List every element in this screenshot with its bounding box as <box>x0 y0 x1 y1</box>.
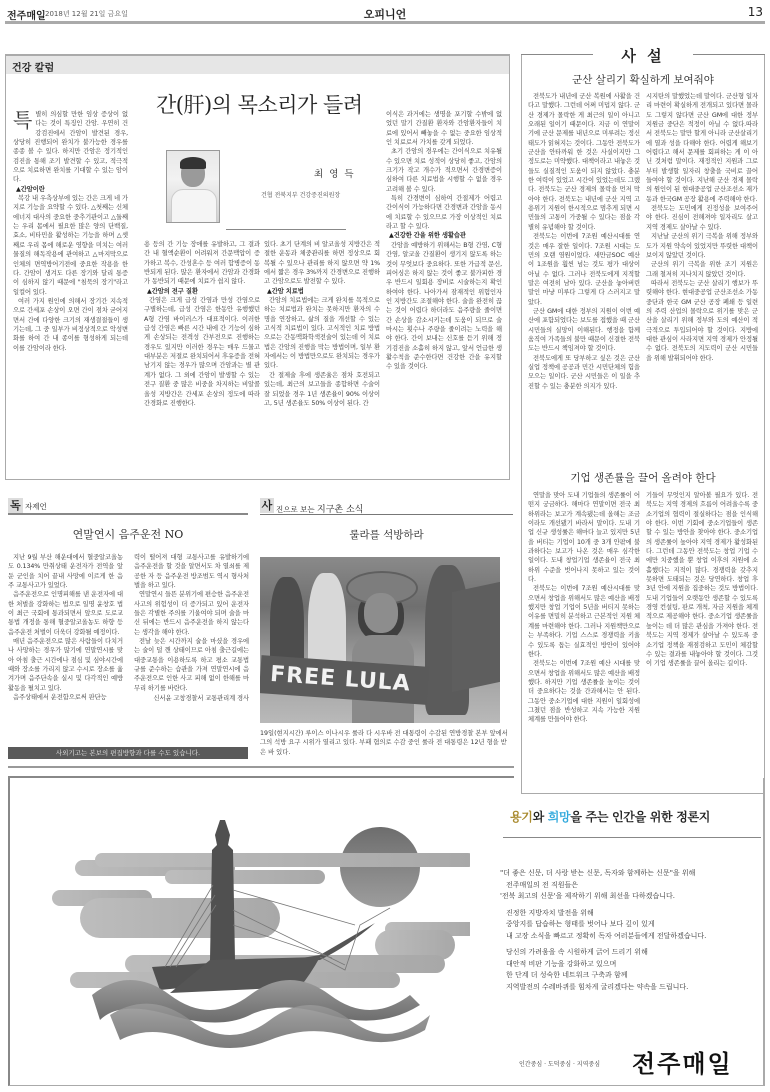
health-column-label: 건강 칼럼 <box>12 59 54 74</box>
pledge-text: "더 좋은 신문, 더 사랑 받는 신문, 독자와 함께하는 신문"을 위해 전… <box>500 868 762 998</box>
byline: 신서윤 고창경찰서 교통관리계 경사 <box>134 694 249 703</box>
health-col-4: 이식은 과거에는 생명을 포기할 수밖에 없었던 말기 간질환 환자와 간암환자… <box>386 110 502 372</box>
reader-article-title: 연말연시 음주운전 NO <box>8 526 248 542</box>
drop-cap: 특 <box>13 111 32 130</box>
author-name: 최 영 득 <box>314 166 355 180</box>
header-label: 자제언 <box>25 501 47 512</box>
news-photo: FREE LULA <box>260 557 500 723</box>
masthead-rule <box>5 21 765 24</box>
protest-flag <box>452 582 500 692</box>
page-number: 13 <box>748 5 763 19</box>
subheading: ▲건강한 간을 위한 생활습관 <box>386 231 502 240</box>
reader-col-2: 력이 떨어져 대형 교통사고를 유발하기에 음주운전을 할 것을 알면서도 차 … <box>134 553 249 704</box>
pen-ship-illustration <box>30 815 470 1055</box>
health-article-title: 간(肝)의 목소리가 들려 <box>156 89 363 119</box>
pledge-group: "더 좋은 신문, 더 사랑 받는 신문, 독자와 함께하는 신문"을 위해 전… <box>500 868 762 903</box>
author-photo <box>166 150 220 223</box>
editorial-2-col-2: 기들이 무엇인지 알아볼 필요가 있다. 전북도는 지역 경제의 흐름이 어려울… <box>646 491 758 669</box>
health-col-1: 특 별히 의심할 만한 임상 증상이 없다는 것이 특징인 간암. 우연히 건강… <box>13 110 128 353</box>
header-cap: 독 <box>8 498 23 513</box>
disclaimer-bar: 사외기고는 본보의 편집방향과 다를 수도 있습니다. <box>8 747 248 759</box>
editorial-1-col-2: 시지탄의 말했었는데 말이다. 군산형 일자리 마련이 확실하게 전개되고 있다… <box>646 92 758 363</box>
author-role: 건협 전북지부 건강증진의원장 <box>261 190 340 199</box>
editorial-title-1: 군산 살리기 확실하게 보여줘야 <box>522 72 764 87</box>
subheading: ▲간암의 전구 질환 <box>144 287 260 296</box>
health-col-3: 있다. 초기 단계의 비 알코올성 지방간은 적절한 운동과 체중관리를 하면 … <box>264 240 380 408</box>
photo-news-header: 사 진으로 보는 지구촌 소식 <box>260 498 513 515</box>
reader-col-1: 지난 9월 부산 해운대에서 혈중알코올농도 0.134% 만취상태 운전자가 … <box>8 553 123 703</box>
reader-column-header: 독 자제언 <box>8 498 248 515</box>
pledge-group: 진정한 지방자치 발전을 위해 중앙지를 답습하는 형태를 벗어나 보다 깊이 … <box>500 908 762 943</box>
health-column-header: 건강 칼럼 <box>6 54 509 74</box>
header-cap: 사 <box>260 498 274 513</box>
newspaper-logo: 전주매일 <box>632 1044 733 1079</box>
photo-news-title: 룰라를 석방하라 <box>260 527 513 542</box>
divider <box>503 837 761 838</box>
editorial-title-2: 기업 생존률을 끌어 올려야 한다 <box>522 470 764 485</box>
subheading: ▲간암 치료법 <box>264 287 380 296</box>
editorial-column: 사 설 군산 살리기 확실하게 보여줘야 전북도가 내년에 군산 복원에 사활을… <box>521 54 765 794</box>
header-label: 진으로 보는 지구촌 소식 <box>276 502 363 515</box>
editorial-2-col-1: 연말을 맞아 도내 기업들의 생존률이 어떤지 궁금하다. 해마다 연말이면 전… <box>528 491 640 725</box>
health-col-2: 용 등의 간 기능 장애를 유발하고, 그 결과 간 내 혈액순환이 어려워져 … <box>144 240 260 408</box>
subheading: ▲간암이란 <box>13 185 128 194</box>
pledge-group: 당신의 가려움을 속 시원하게 긁어 드리기 위해 대안적 비판 기능을 강화하… <box>500 947 762 993</box>
ad-tagline: 인간중심 · 도덕중심 · 지역중심 <box>519 1059 600 1068</box>
editorial-1-col-1: 전북도가 내년에 군산 복원에 사활을 건다고 말했다. 그런데 어쩌 미덥지 … <box>528 92 640 391</box>
slogan: 용기와 희망을 주는 인간을 위한 정론지 <box>510 808 710 825</box>
section-title: 오피니언 <box>5 6 765 22</box>
photo-caption: 19일(현지시간) 루이스 이나시우 룰라 다 시우바 전 대통령이 수감된 연… <box>260 729 508 757</box>
divider <box>8 766 514 768</box>
editorial-label: 사 설 <box>522 45 764 66</box>
health-column: 건강 칼럼 간(肝)의 목소리가 들려 최 영 득 건협 전북지부 건강증진의원… <box>5 54 510 480</box>
divider <box>226 229 346 230</box>
